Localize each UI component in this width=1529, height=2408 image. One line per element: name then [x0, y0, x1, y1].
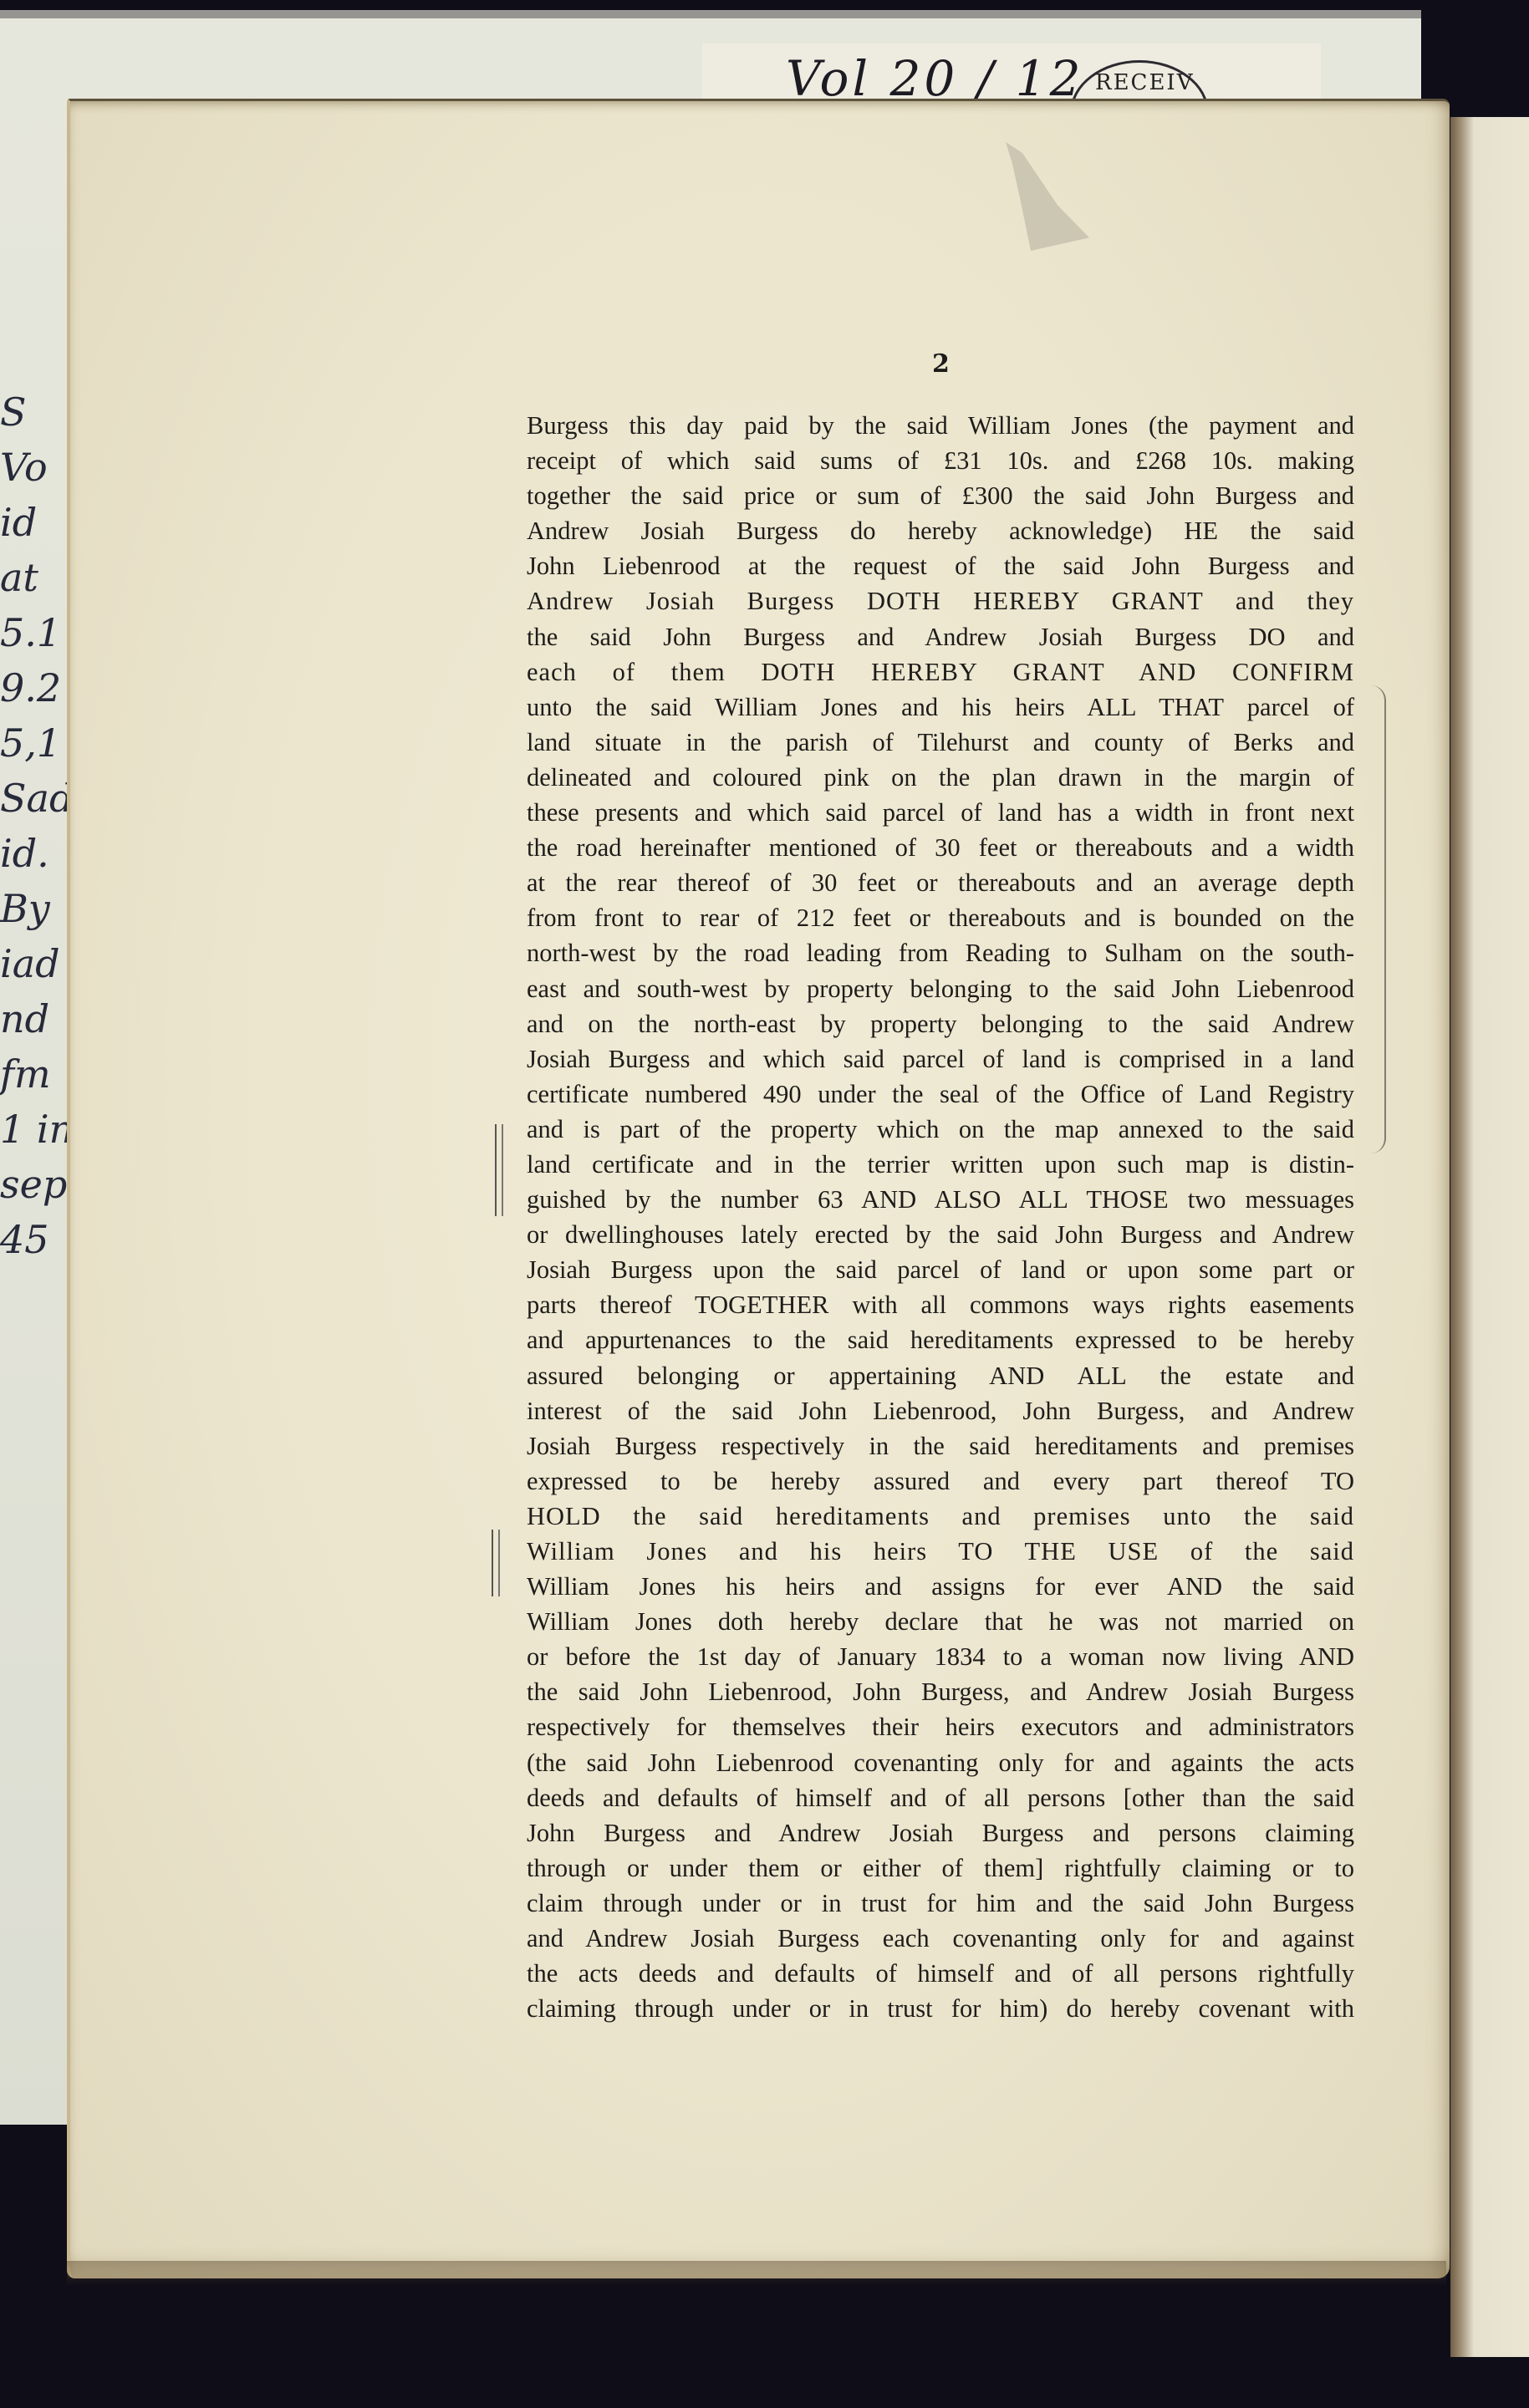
- text-line: expressed to be hereby assured and every…: [527, 1464, 1354, 1499]
- page-number: 2: [932, 349, 950, 379]
- text-line: Josiah Burgess and which said parcel of …: [527, 1041, 1354, 1077]
- text-line: north-west by the road leading from Read…: [527, 935, 1354, 970]
- text-line: claim through under or in trust for him …: [527, 1886, 1354, 1921]
- text-line: deeds and defaults of himself and of all…: [527, 1780, 1354, 1815]
- text-line: claiming through under or in trust for h…: [527, 1991, 1354, 2026]
- text-line: John Burgess and Andrew Josiah Burgess a…: [527, 1815, 1354, 1851]
- handwritten-fragment: sep: [0, 1157, 75, 1212]
- handwritten-fragment: id: [0, 495, 75, 550]
- facing-page-edge: [1450, 117, 1529, 2357]
- handwritten-fragment: 1 in: [0, 1102, 75, 1157]
- page-bottom-edge: [67, 2261, 1446, 2286]
- handwritten-fragment: By: [0, 881, 75, 936]
- text-line: delineated and coloured pink on the plan…: [527, 760, 1354, 795]
- text-line: William Jones and his heirs TO THE USE o…: [527, 1534, 1354, 1569]
- handwritten-fragment: 5.1: [0, 605, 75, 660]
- text-line: receipt of which said sums of £31 10s. a…: [527, 443, 1354, 478]
- text-line: land certificate and in the terrier writ…: [527, 1147, 1354, 1182]
- text-line: through or under them or either of them]…: [527, 1851, 1354, 1886]
- handwritten-fragment: 9.2: [0, 660, 75, 715]
- text-line: land situate in the parish of Tilehurst …: [527, 725, 1354, 760]
- handwritten-fragment: fm: [0, 1046, 75, 1102]
- text-line: these presents and which said parcel of …: [527, 795, 1354, 830]
- deed-body-text: Burgess this day paid by the said Willia…: [527, 408, 1354, 2026]
- handwritten-fragment: S: [0, 384, 75, 440]
- text-line: the acts deeds and defaults of himself a…: [527, 1956, 1354, 1991]
- handwritten-fragment: 45: [0, 1212, 75, 1267]
- text-line: the said John Burgess and Andrew Josiah …: [527, 619, 1354, 654]
- left-sheet-handwriting: SVoidat5.19.25,1Sadid.Byiadndfm1 insep45: [0, 384, 75, 1267]
- text-line: assured belonging or appertaining AND AL…: [527, 1358, 1354, 1393]
- text-line: or dwellinghouses lately erected by the …: [527, 1217, 1354, 1252]
- margin-pencil-mark: [495, 1124, 503, 1216]
- text-line: each of them DOTH HEREBY GRANT AND CONFI…: [527, 654, 1354, 690]
- text-line: and Andrew Josiah Burgess each covenanti…: [527, 1921, 1354, 1956]
- text-line: from front to rear of 212 feet or therea…: [527, 900, 1354, 935]
- text-line: east and south-west by property belongin…: [527, 971, 1354, 1006]
- text-line: William Jones doth hereby declare that h…: [527, 1604, 1354, 1639]
- text-line: together the said price or sum of £300 t…: [527, 478, 1354, 513]
- text-line: (the said John Liebenrood covenanting on…: [527, 1745, 1354, 1780]
- text-line: and appurtenances to the said hereditame…: [527, 1322, 1354, 1357]
- text-line: John Liebenrood at the request of the sa…: [527, 548, 1354, 583]
- handwritten-fragment: id.: [0, 826, 75, 881]
- text-line: Andrew Josiah Burgess DOTH HEREBY GRANT …: [527, 583, 1354, 619]
- handwritten-fragment: 5,1: [0, 715, 75, 771]
- text-line: Andrew Josiah Burgess do hereby acknowle…: [527, 513, 1354, 548]
- text-line: William Jones his heirs and assigns for …: [527, 1569, 1354, 1604]
- text-line: guished by the number 63 AND ALSO ALL TH…: [527, 1182, 1354, 1217]
- text-line: Burgess this day paid by the said Willia…: [527, 408, 1354, 443]
- text-line: the road hereinafter mentioned of 30 fee…: [527, 830, 1354, 865]
- text-line: the said John Liebenrood, John Burgess, …: [527, 1674, 1354, 1709]
- text-line: parts thereof TOGETHER with all commons …: [527, 1287, 1354, 1322]
- margin-pencil-mark: [492, 1530, 500, 1596]
- text-line: HOLD the said hereditaments and premises…: [527, 1499, 1354, 1534]
- text-line: Josiah Burgess respectively in the said …: [527, 1428, 1354, 1464]
- text-line: at the rear thereof of 30 feet or therea…: [527, 865, 1354, 900]
- text-line: or before the 1st day of January 1834 to…: [527, 1639, 1354, 1674]
- text-line: interest of the said John Liebenrood, Jo…: [527, 1393, 1354, 1428]
- handwritten-fragment: Sad: [0, 771, 75, 826]
- handwritten-fragment: iad: [0, 936, 75, 991]
- handwritten-fragment: Vo: [0, 440, 75, 495]
- text-line: and on the north-east by property belong…: [527, 1006, 1354, 1041]
- text-line: certificate numbered 490 under the seal …: [527, 1077, 1354, 1112]
- margin-bracket: [1371, 685, 1386, 1153]
- text-line: unto the said William Jones and his heir…: [527, 690, 1354, 725]
- stamp-text: RECEIV: [1095, 70, 1194, 95]
- text-line: respectively for themselves their heirs …: [527, 1709, 1354, 1744]
- text-line: Josiah Burgess upon the said parcel of l…: [527, 1252, 1354, 1287]
- handwritten-fragment: at: [0, 550, 75, 605]
- handwritten-fragment: nd: [0, 991, 75, 1046]
- text-line: and is part of the property which on the…: [527, 1112, 1354, 1147]
